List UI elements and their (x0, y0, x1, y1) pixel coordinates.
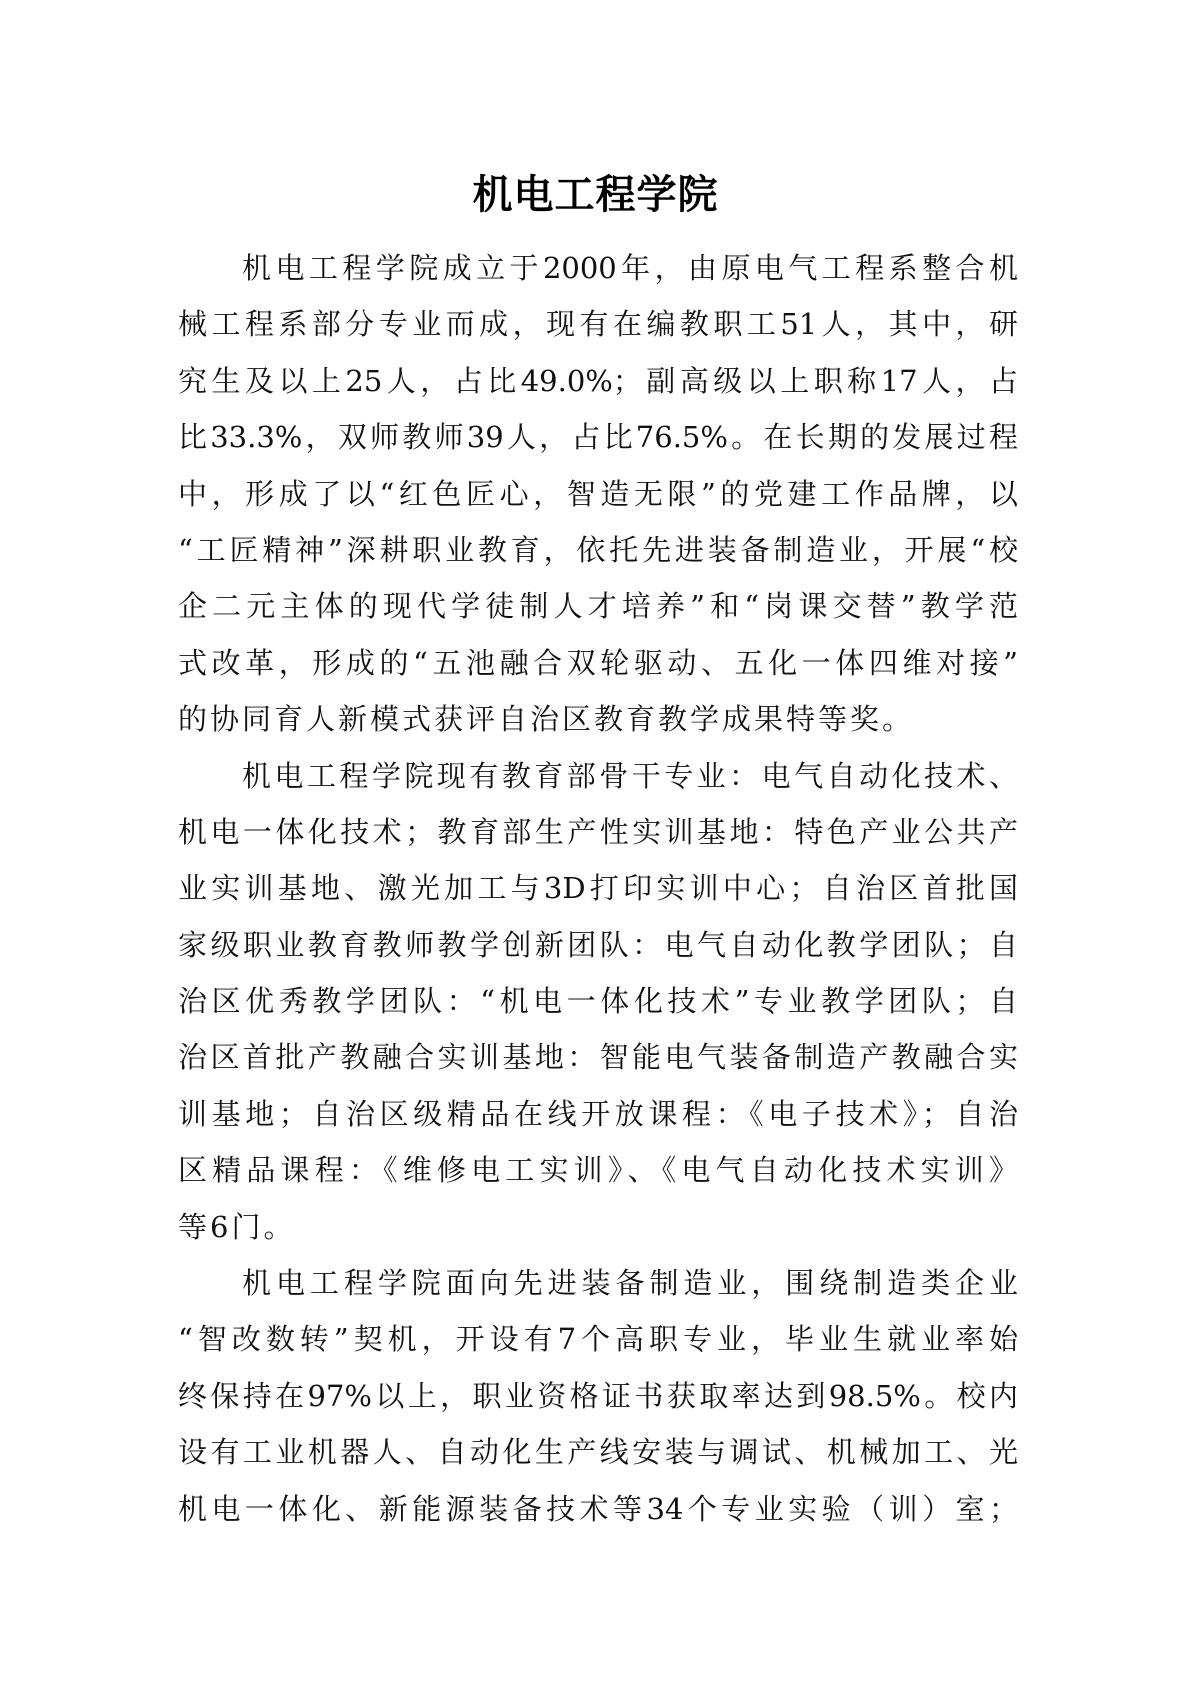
text-line: 区精品课程：《维修电工实训》、《电气自动化技术实训》 (178, 1142, 1018, 1198)
text-line: 机电工程学院面向先进装备制造业，围绕制造类企业 (178, 1255, 1018, 1311)
document-page: 机电工程学院 机电工程学院成立于2000年，由原电气工程系整合机 械工程系部分专… (0, 0, 1191, 1684)
text-line: 企二元主体的现代学徒制人才培养”和“岗课交替”教学范 (178, 578, 1018, 634)
text-line: 治区首批产教融合实训基地：智能电气装备制造产教融合实 (178, 1029, 1018, 1085)
paragraph-2: 机电工程学院现有教育部骨干专业：电气自动化技术、 机电一体化技术；教育部生产性实… (178, 748, 1018, 1256)
text-line: 机电工程学院成立于2000年，由原电气工程系整合机 (178, 240, 1018, 296)
text-line: “工匠精神”深耕职业教育，依托先进装备制造业，开展“校 (178, 522, 1018, 578)
text-line: 治区优秀教学团队：“机电一体化技术”专业教学团队；自 (178, 973, 1018, 1029)
document-body: 机电工程学院成立于2000年，由原电气工程系整合机 械工程系部分专业而成，现有在… (178, 240, 1018, 1537)
text-line: 机电工程学院现有教育部骨干专业：电气自动化技术、 (178, 748, 1018, 804)
text-line: 中，形成了以“红色匠心，智造无限”的党建工作品牌，以 (178, 466, 1018, 522)
paragraph-3: 机电工程学院面向先进装备制造业，围绕制造类企业 “智改数转”契机，开设有7个高职… (178, 1255, 1018, 1537)
text-line: 终保持在97%以上，职业资格证书获取率达到98.5%。校内 (178, 1368, 1018, 1424)
text-line: 训基地；自治区级精品在线开放课程：《电子技术》；自治 (178, 1086, 1018, 1142)
text-line: 机电一体化技术；教育部生产性实训基地：特色产业公共产 (178, 804, 1018, 860)
text-line: 业实训基地、激光加工与3D打印实训中心；自治区首批国 (178, 860, 1018, 916)
text-line: 设有工业机器人、自动化生产线安装与调试、机械加工、光 (178, 1424, 1018, 1480)
text-line: 械工程系部分专业而成，现有在编教职工51人，其中，研 (178, 296, 1018, 352)
text-line: 机电一体化、新能源装备技术等34个专业实验（训）室； (178, 1481, 1018, 1537)
page-title: 机电工程学院 (0, 170, 1191, 220)
text-line: 等6门。 (178, 1199, 1018, 1255)
text-line: 比33.3%，双师教师39人，占比76.5%。在长期的发展过程 (178, 409, 1018, 465)
text-line: 的协同育人新模式获评自治区教育教学成果特等奖。 (178, 691, 1018, 747)
text-line: 究生及以上25人，占比49.0%；副高级以上职称17人，占 (178, 353, 1018, 409)
text-line: “智改数转”契机，开设有7个高职专业，毕业生就业率始 (178, 1311, 1018, 1367)
text-line: 家级职业教育教师教学创新团队：电气自动化教学团队；自 (178, 917, 1018, 973)
text-line: 式改革，形成的“五池融合双轮驱动、五化一体四维对接” (178, 635, 1018, 691)
paragraph-1: 机电工程学院成立于2000年，由原电气工程系整合机 械工程系部分专业而成，现有在… (178, 240, 1018, 748)
